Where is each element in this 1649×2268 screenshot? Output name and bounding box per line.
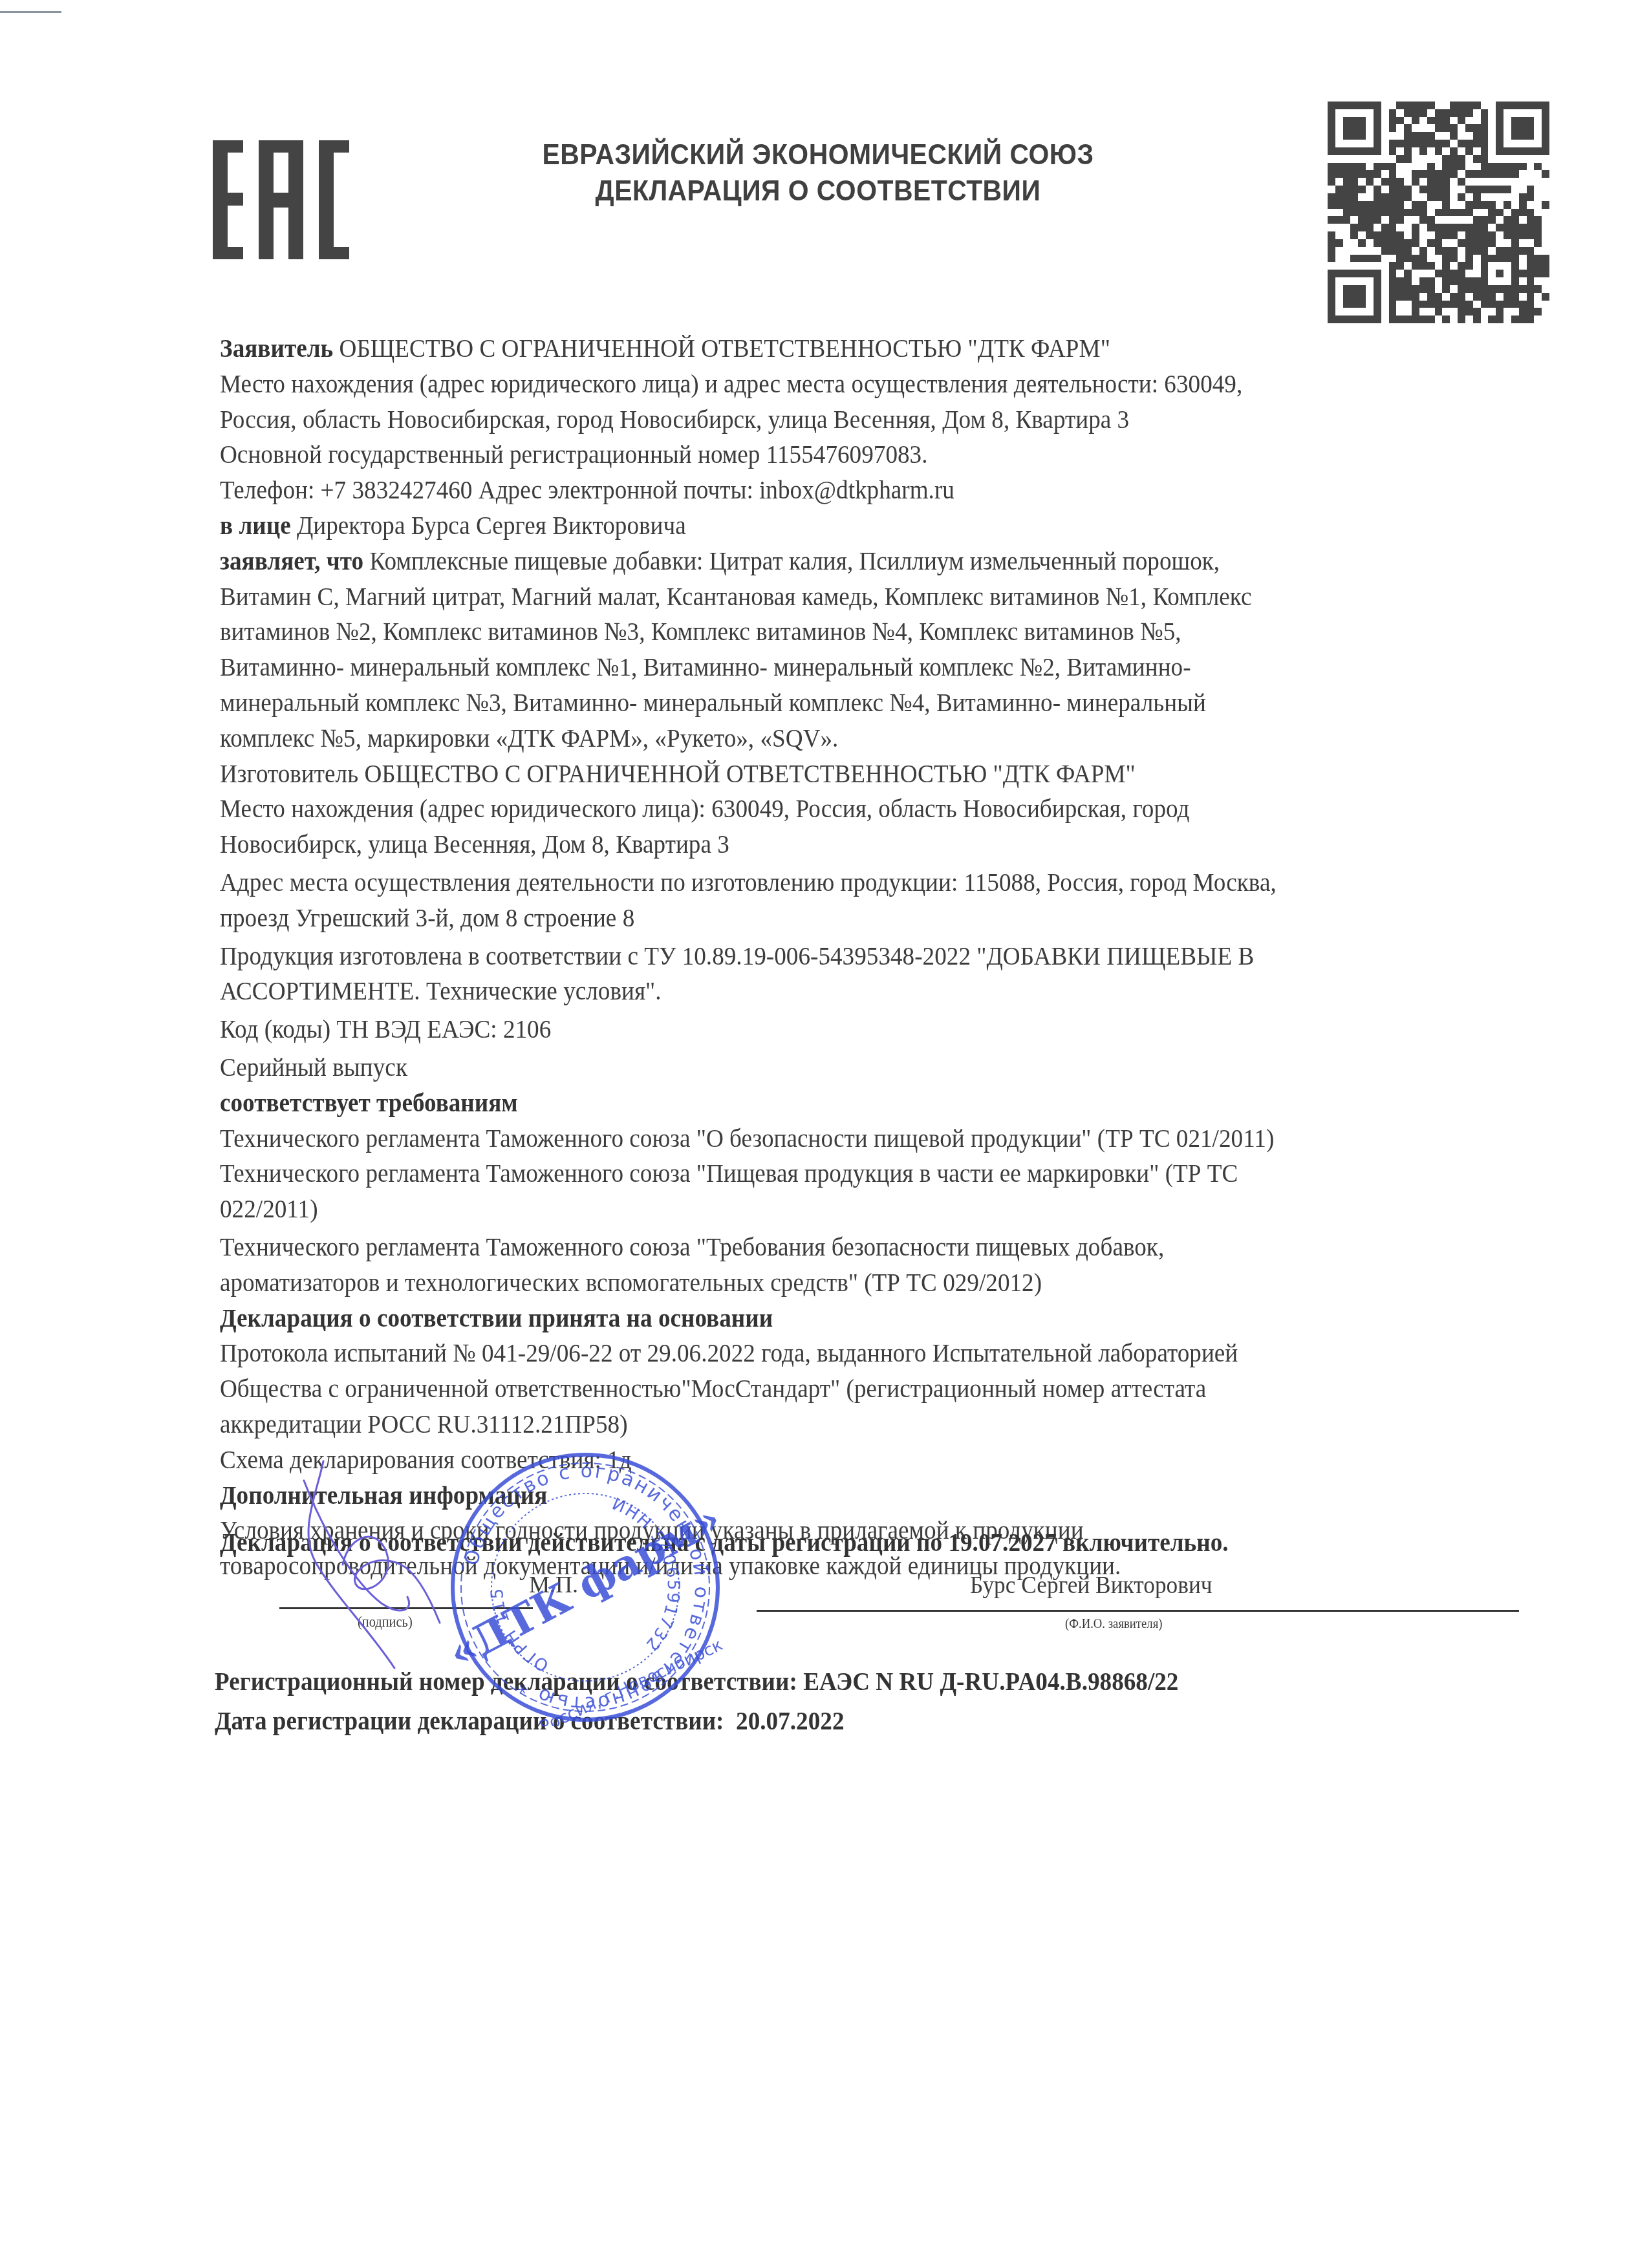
applicant-line: Заявитель ОБЩЕСТВО С ОГРАНИЧЕННОЙ ОТВЕТС… xyxy=(220,331,1423,367)
production-type: Серийный выпуск xyxy=(220,1050,1423,1086)
signer-name: Бурс Сергей Викторович xyxy=(970,1571,1212,1599)
signature-caption: (подпись) xyxy=(358,1614,413,1631)
declaration-body: Заявитель ОБЩЕСТВО С ОГРАНИЧЕННОЙ ОТВЕТС… xyxy=(220,331,1513,1584)
registration-date: Дата регистрации декларации о соответств… xyxy=(215,1706,844,1736)
registration-date-value: 20.07.2022 xyxy=(736,1706,844,1735)
stamp-place-label: М.П. xyxy=(529,1571,578,1598)
scan-edge-mark xyxy=(0,11,61,13)
registration-date-label: Дата регистрации декларации о соответств… xyxy=(215,1706,724,1735)
requirement-line: Технического регламента Таможенного союз… xyxy=(220,1121,1423,1157)
additional-heading: Дополнительная информация xyxy=(220,1478,1423,1514)
product-line: Витаминно- минеральный комплекс №1, Вита… xyxy=(220,650,1423,685)
requirement-line: 022/2011) xyxy=(220,1192,1423,1227)
basis-line: аккредитации РОСС RU.31112.21ПР58) xyxy=(220,1407,1423,1442)
requirements-heading: соответствует требованиям xyxy=(220,1086,1423,1121)
eac-logo-icon xyxy=(213,140,350,259)
applicant-address-1: Место нахождения (адрес юридического лиц… xyxy=(220,367,1423,402)
declares-label: заявляет, что xyxy=(220,546,363,575)
declaration-scheme: Схема декларирования соответствия: 1д xyxy=(220,1442,1423,1478)
validity-statement: Декларация о соответствии действительна … xyxy=(220,1527,1229,1557)
basis-line: Общества с ограниченной ответственностью… xyxy=(220,1371,1423,1407)
spec-line-2: АССОРТИМЕНТЕ. Технические условия". xyxy=(220,974,1423,1009)
hs-code: Код (коды) ТН ВЭД ЕАЭС: 2106 xyxy=(220,1012,1423,1047)
production-address-2: проезд Угрешский 3-й, дом 8 строение 8 xyxy=(220,901,1423,936)
requirement-line: Технического регламента Таможенного союз… xyxy=(220,1230,1423,1265)
document-title: ЕВРАЗИЙСКИЙ ЭКОНОМИЧЕСКИЙ СОЮЗ ДЕКЛАРАЦИ… xyxy=(514,137,1121,209)
qr-code-icon xyxy=(1328,102,1549,323)
product-line: Комплексные пищевые добавки: Цитрат кали… xyxy=(370,546,1220,575)
registration-number: Регистрационный номер декларации о соотв… xyxy=(215,1666,1178,1696)
manufacturer-legal-address-1: Место нахождения (адрес юридического лиц… xyxy=(220,791,1423,827)
title-union: ЕВРАЗИЙСКИЙ ЭКОНОМИЧЕСКИЙ СОЮЗ xyxy=(514,137,1121,173)
signature-line xyxy=(279,1607,533,1609)
additional-heading-text: Дополнительная информация xyxy=(220,1481,547,1510)
manufacturer-line: Изготовитель ОБЩЕСТВО С ОГРАНИЧЕННОЙ ОТВ… xyxy=(220,756,1423,792)
manufacturer-name: ОБЩЕСТВО С ОГРАНИЧЕННОЙ ОТВЕТСТВЕННОСТЬЮ… xyxy=(364,759,1135,788)
basis-heading: Декларация о соответствии принята на осн… xyxy=(220,1301,1423,1336)
production-address-1: Адрес места осуществления деятельности п… xyxy=(220,865,1423,901)
spec-line-1: Продукция изготовлена в соответствии с Т… xyxy=(220,939,1423,974)
requirements-heading-text: соответствует требованиям xyxy=(220,1088,518,1117)
manufacturer-label: Изготовитель xyxy=(220,759,358,788)
signer-caption: (Ф.И.О. заявителя) xyxy=(1065,1615,1162,1632)
registration-number-value: ЕАЭС N RU Д-RU.PA04.B.98868/22 xyxy=(803,1667,1178,1696)
applicant-address-2: Россия, область Новосибирская, город Нов… xyxy=(220,402,1423,438)
manufacturer-legal-address-2: Новосибирск, улица Весенняя, Дом 8, Квар… xyxy=(220,827,1423,862)
title-declaration: ДЕКЛАРАЦИЯ О СООТВЕТСТВИИ xyxy=(514,173,1121,209)
applicant-label: Заявитель xyxy=(220,334,333,363)
basis-heading-text: Декларация о соответствии принята на осн… xyxy=(220,1303,773,1332)
requirement-line: Технического регламента Таможенного союз… xyxy=(220,1156,1423,1192)
represented-label: в лице xyxy=(220,511,291,540)
applicant-contacts: Телефон: +7 3832427460 Адрес электронной… xyxy=(220,473,1423,508)
represented-line: в лице Директора Бурса Сергея Викторович… xyxy=(220,508,1423,544)
applicant-name: ОБЩЕСТВО С ОГРАНИЧЕННОЙ ОТВЕТСТВЕННОСТЬЮ… xyxy=(339,334,1110,363)
product-line: витаминов №2, Комплекс витаминов №3, Ком… xyxy=(220,614,1423,650)
product-line: комплекс №5, маркировки «ДТК ФАРМ», «Рук… xyxy=(220,721,1423,756)
product-line: минеральный комплекс №3, Витаминно- мине… xyxy=(220,685,1423,721)
declares-line: заявляет, что Комплексные пищевые добавк… xyxy=(220,544,1423,579)
represented-by: Директора Бурса Сергея Викторовича xyxy=(297,511,686,540)
signer-name-line xyxy=(757,1610,1519,1612)
requirement-line: ароматизаторов и технологических вспомог… xyxy=(220,1265,1423,1301)
registration-number-label: Регистрационный номер декларации о соотв… xyxy=(215,1667,797,1696)
product-line: Витамин С, Магний цитрат, Магний малат, … xyxy=(220,579,1423,615)
applicant-ogrn: Основной государственный регистрационный… xyxy=(220,437,1423,473)
basis-line: Протокола испытаний № 041-29/06-22 от 29… xyxy=(220,1336,1423,1371)
